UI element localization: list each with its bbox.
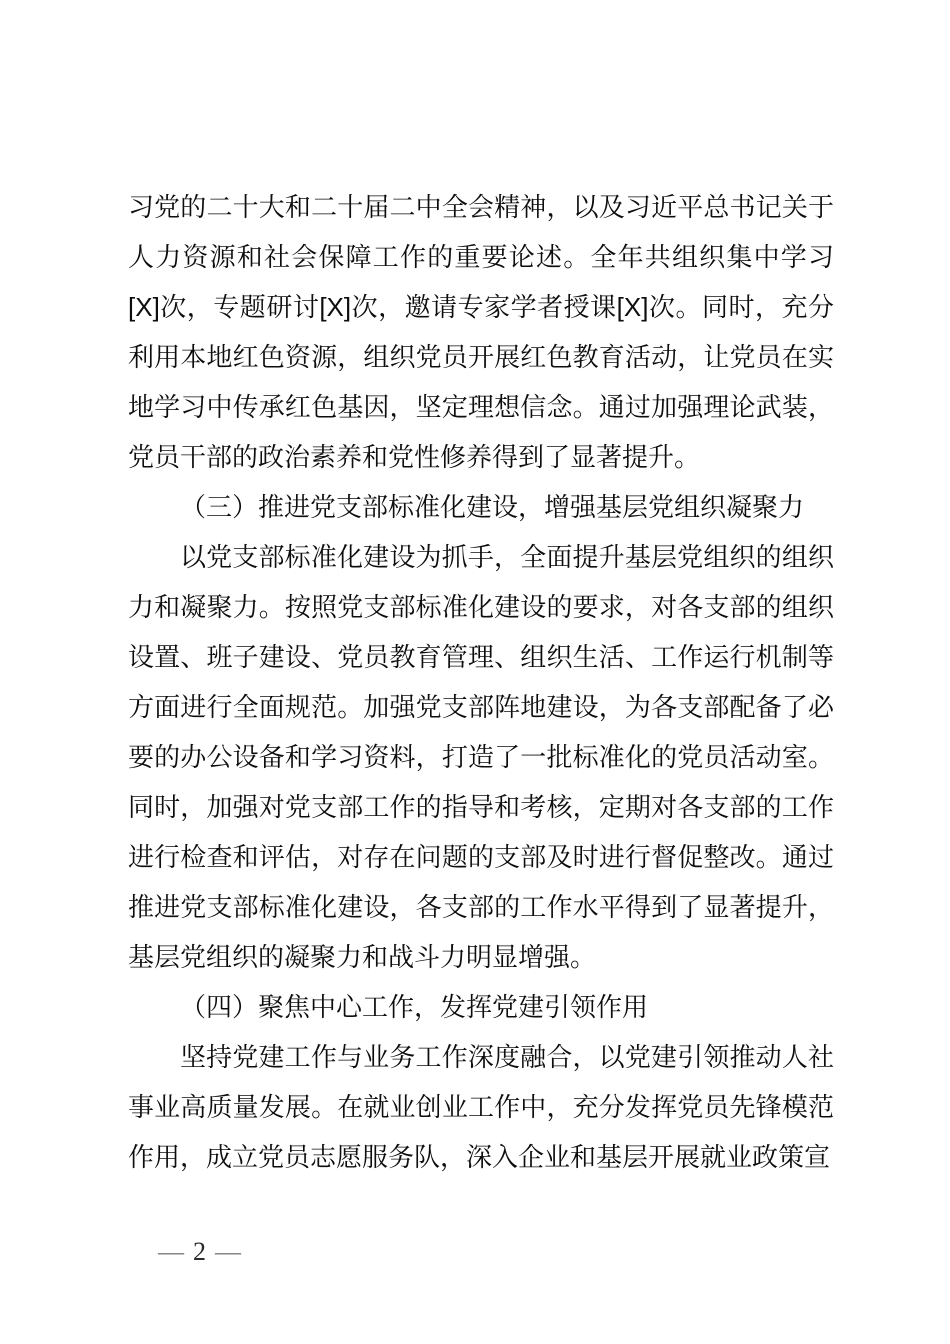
paragraph-section-4-body: 坚持党建工作与业务工作深度融合，以党建引领推动人社事业高质量发展。在就业创业工作… [128,1032,834,1182]
document-page: 习党的二十大和二十届二中全会精神，以及习近平总书记关于人力资源和社会保障工作的重… [0,0,950,1344]
section-heading-3: （三）推进党支部标准化建设，增强基层党组织凝聚力 [128,482,834,532]
document-body: 习党的二十大和二十届二中全会精神，以及习近平总书记关于人力资源和社会保障工作的重… [128,182,834,1182]
footer-dash-right: — [215,1239,241,1265]
page-number: 2 [193,1239,206,1265]
paragraph-continuation: 习党的二十大和二十届二中全会精神，以及习近平总书记关于人力资源和社会保障工作的重… [128,182,834,482]
footer-dash-left: — [158,1239,184,1265]
paragraph-section-3-body: 以党支部标准化建设为抓手，全面提升基层党组织的组织力和凝聚力。按照党支部标准化建… [128,532,834,982]
page-footer: — 2 — [158,1239,241,1265]
section-heading-4: （四）聚焦中心工作，发挥党建引领作用 [128,982,834,1032]
